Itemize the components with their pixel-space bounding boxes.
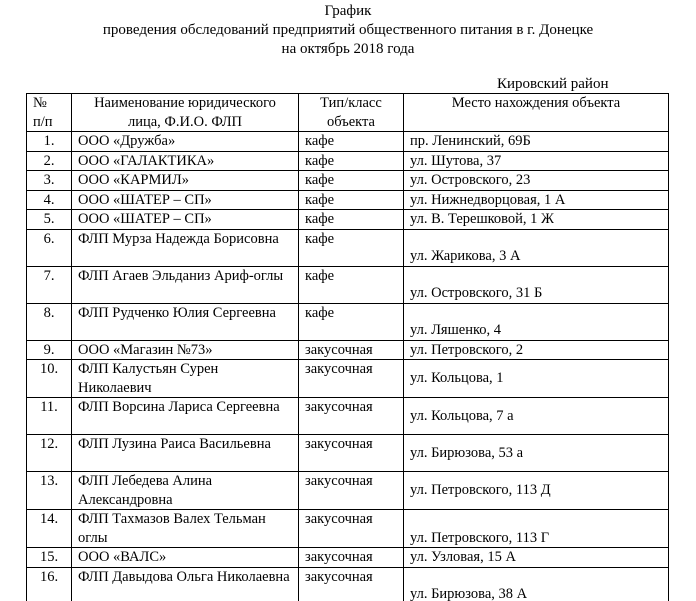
table-row: 2.ООО «ГАЛАКТИКА»кафеул. Шутова, 37: [27, 151, 669, 171]
row-type: закусочная: [299, 360, 404, 398]
table-row: 1.ООО «Дружба»кафепр. Ленинский, 69Б: [27, 132, 669, 152]
row-number: 10.: [27, 360, 72, 398]
row-name: ФЛП Мурза Надежда Борисовна: [72, 229, 299, 266]
row-type: кафе: [299, 151, 404, 171]
row-type: закусочная: [299, 340, 404, 360]
row-name: ФЛП Лузина Раиса Васильевна: [72, 435, 299, 472]
row-number: 14.: [27, 510, 72, 548]
table-row: 10.ФЛП Калустьян Сурен Николаевичзакусоч…: [27, 360, 669, 398]
header-name-line-2: лица, Ф.И.О. ФЛП: [78, 113, 292, 132]
row-address: ул. Бирюзова, 38 А: [404, 567, 669, 601]
row-number: 13.: [27, 472, 72, 510]
row-address: ул. Нижнедворцовая, 1 А: [404, 190, 669, 210]
document-title: График проведения обследований предприят…: [0, 2, 696, 59]
header-type: Тип/класс объекта: [299, 94, 404, 132]
row-number: 16.: [27, 567, 72, 601]
row-type: кафе: [299, 229, 404, 266]
table-header-row: № п/п Наименование юридического лица, Ф.…: [27, 94, 669, 132]
row-number: 11.: [27, 398, 72, 435]
row-address: ул. Узловая, 15 А: [404, 548, 669, 568]
row-address: ул. Ляшенко, 4: [404, 303, 669, 340]
header-num-line-2: п/п: [33, 113, 65, 132]
row-address: ул. Жарикова, 3 А: [404, 229, 669, 266]
header-type-line-1: Тип/класс: [305, 94, 397, 113]
table-row: 13.ФЛП Лебедева Алина Александровназакус…: [27, 472, 669, 510]
row-name: ФЛП Агаев Эльданиз Ариф-оглы: [72, 266, 299, 303]
table-row: 9.ООО «Магазин №73»закусочнаяул. Петровс…: [27, 340, 669, 360]
table-row: 11.ФЛП Ворсина Лариса Сергеевназакусочна…: [27, 398, 669, 435]
row-address: ул. Петровского, 113 Д: [404, 472, 669, 510]
row-type: закусочная: [299, 548, 404, 568]
table-row: 6.ФЛП Мурза Надежда Борисовнакафеул. Жар…: [27, 229, 669, 266]
row-address: ул. Петровского, 113 Г: [404, 510, 669, 548]
row-name: ФЛП Тахмазов Валех Тельман оглы: [72, 510, 299, 548]
row-type: кафе: [299, 210, 404, 230]
row-address: ул. В. Терешковой, 1 Ж: [404, 210, 669, 230]
row-address: ул. Кольцова, 7 а: [404, 398, 669, 435]
row-name: ФЛП Давыдова Ольга Николаевна: [72, 567, 299, 601]
row-name: ООО «КАРМИЛ»: [72, 171, 299, 191]
row-name: ФЛП Ворсина Лариса Сергеевна: [72, 398, 299, 435]
row-name: ООО «ВАЛС»: [72, 548, 299, 568]
table-row: 5.ООО «ШАТЕР – СП»кафеул. В. Терешковой,…: [27, 210, 669, 230]
header-type-line-2: объекта: [305, 113, 397, 132]
row-number: 9.: [27, 340, 72, 360]
row-number: 15.: [27, 548, 72, 568]
row-name: ООО «Дружба»: [72, 132, 299, 152]
row-type: кафе: [299, 132, 404, 152]
row-address: пр. Ленинский, 69Б: [404, 132, 669, 152]
title-line-1: График: [0, 2, 696, 21]
table-row: 16.ФЛП Давыдова Ольга Николаевназакусочн…: [27, 567, 669, 601]
row-type: закусочная: [299, 510, 404, 548]
row-type: кафе: [299, 266, 404, 303]
row-address: ул. Бирюзова, 53 а: [404, 435, 669, 472]
row-name: ООО «ШАТЕР – СП»: [72, 210, 299, 230]
header-num-line-1: №: [33, 94, 65, 113]
row-number: 8.: [27, 303, 72, 340]
district-label: Кировский район: [497, 76, 609, 93]
row-address: ул. Шутова, 37: [404, 151, 669, 171]
row-number: 6.: [27, 229, 72, 266]
row-number: 4.: [27, 190, 72, 210]
row-number: 7.: [27, 266, 72, 303]
row-name: ФЛП Рудченко Юлия Сергеевна: [72, 303, 299, 340]
row-name: ООО «ГАЛАКТИКА»: [72, 151, 299, 171]
header-name: Наименование юридического лица, Ф.И.О. Ф…: [72, 94, 299, 132]
row-type: кафе: [299, 190, 404, 210]
row-name: ООО «Магазин №73»: [72, 340, 299, 360]
row-number: 12.: [27, 435, 72, 472]
row-address: ул. Островского, 23: [404, 171, 669, 191]
schedule-table: № п/п Наименование юридического лица, Ф.…: [26, 93, 669, 601]
row-number: 1.: [27, 132, 72, 152]
table-row: 12.ФЛП Лузина Раиса Васильевназакусочная…: [27, 435, 669, 472]
row-name: ФЛП Лебедева Алина Александровна: [72, 472, 299, 510]
header-address: Место нахождения объекта: [404, 94, 669, 132]
header-num: № п/п: [27, 94, 72, 132]
row-name: ФЛП Калустьян Сурен Николаевич: [72, 360, 299, 398]
row-type: кафе: [299, 171, 404, 191]
table-row: 8.ФЛП Рудченко Юлия Сергеевнакафеул. Ляш…: [27, 303, 669, 340]
table-row: 7.ФЛП Агаев Эльданиз Ариф-оглыкафеул. Ос…: [27, 266, 669, 303]
row-address: ул. Петровского, 2: [404, 340, 669, 360]
table-row: 14.ФЛП Тахмазов Валех Тельман оглызакусо…: [27, 510, 669, 548]
table-row: 3.ООО «КАРМИЛ»кафеул. Островского, 23: [27, 171, 669, 191]
table-row: 15.ООО «ВАЛС»закусочнаяул. Узловая, 15 А: [27, 548, 669, 568]
header-address-line-1: Место нахождения объекта: [410, 94, 662, 113]
title-line-3: на октябрь 2018 года: [0, 40, 696, 59]
table-row: 4.ООО «ШАТЕР – СП»кафеул. Нижнедворцовая…: [27, 190, 669, 210]
row-number: 2.: [27, 151, 72, 171]
title-line-2: проведения обследований предприятий обще…: [0, 21, 696, 40]
row-address: ул. Кольцова, 1: [404, 360, 669, 398]
row-name: ООО «ШАТЕР – СП»: [72, 190, 299, 210]
header-name-line-1: Наименование юридического: [78, 94, 292, 113]
table-body: 1.ООО «Дружба»кафепр. Ленинский, 69Б2.ОО…: [27, 132, 669, 601]
row-number: 3.: [27, 171, 72, 191]
row-type: закусочная: [299, 567, 404, 601]
row-address: ул. Островского, 31 Б: [404, 266, 669, 303]
row-type: закусочная: [299, 398, 404, 435]
row-type: закусочная: [299, 472, 404, 510]
row-type: кафе: [299, 303, 404, 340]
row-number: 5.: [27, 210, 72, 230]
row-type: закусочная: [299, 435, 404, 472]
